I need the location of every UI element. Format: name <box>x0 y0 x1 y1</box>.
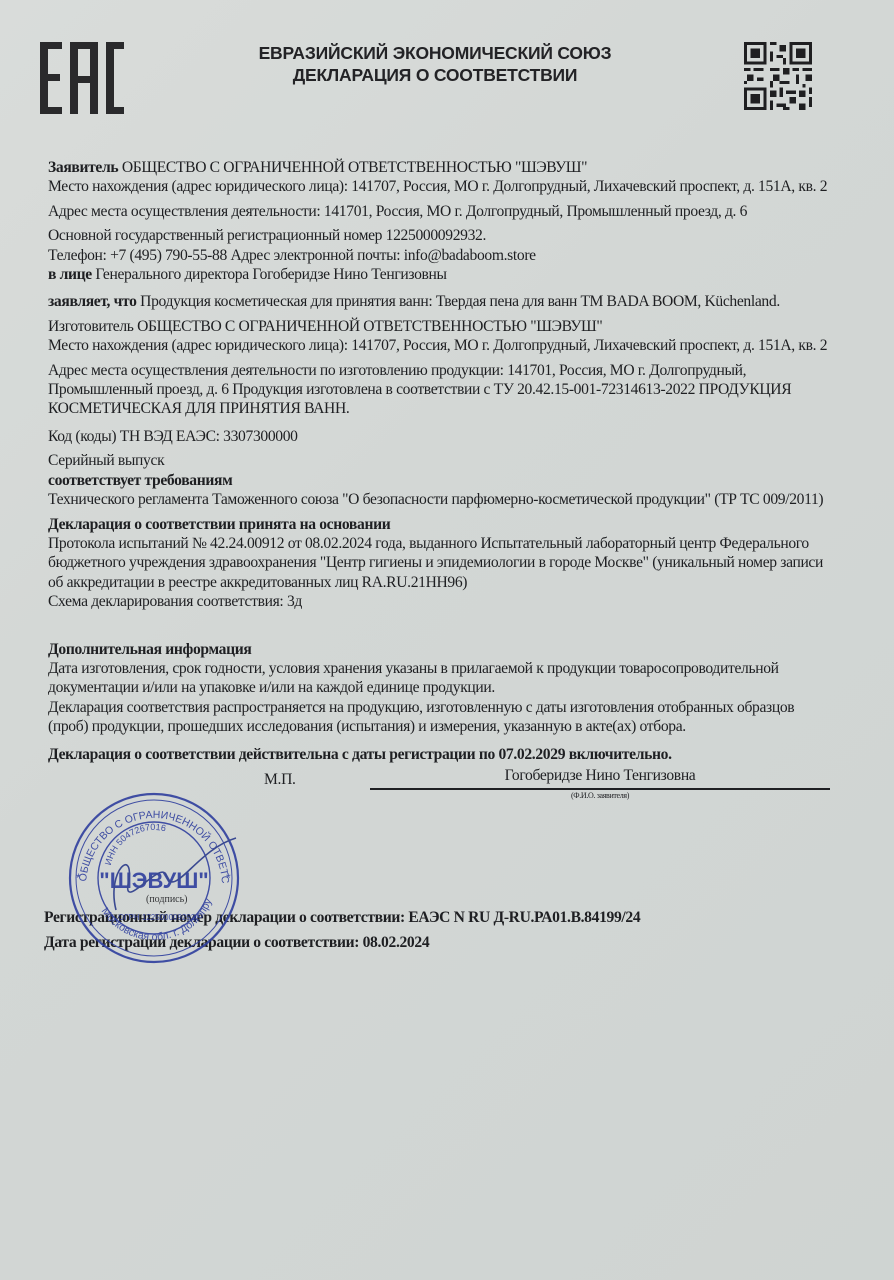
header-title-union: ЕВРАЗИЙСКИЙ ЭКОНОМИЧЕСКИЙ СОЮЗ <box>200 42 670 64</box>
declaration-body: Заявитель ОБЩЕСТВО С ОГРАНИЧЕННОЙ ОТВЕТС… <box>48 158 833 798</box>
applicant-activity-address: Адрес места осуществления деятельности: … <box>48 202 833 221</box>
manufacturer-legal-address: Место нахождения (адрес юридического лиц… <box>48 336 833 355</box>
declares-label: заявляет, что <box>48 293 137 310</box>
tn-ved-code: Код (коды) ТН ВЭД ЕАЭС: 3307300000 <box>48 427 833 446</box>
document-header: ЕВРАЗИЙСКИЙ ЭКОНОМИЧЕСКИЙ СОЮЗ ДЕКЛАРАЦИ… <box>200 42 670 86</box>
declaration-scheme: Схема декларирования соответствия: 3д <box>48 592 833 611</box>
company-stamp-icon: ОБЩЕСТВО С ОГРАНИЧЕННОЙ ОТВЕТСТВЕННОСТЬЮ… <box>66 790 242 966</box>
applicant-representative: в лице Генерального директора Гогоберидз… <box>48 265 833 284</box>
signature-line <box>370 788 830 790</box>
validity-statement: Декларация о соответствии действительна … <box>48 745 833 764</box>
eac-logo-icon <box>40 42 124 114</box>
manufacturer-name: Изготовитель ОБЩЕСТВО С ОГРАНИЧЕННОЙ ОТВ… <box>48 317 833 336</box>
seal-place-label: М.П. <box>264 770 296 789</box>
signer-caption: (Ф.И.О. заявителя) <box>370 791 830 801</box>
signer-name: Гогоберидзе Нино Тенгизовна <box>370 766 830 785</box>
basis-label: Декларация о соответствии принята на осн… <box>48 515 833 534</box>
release-type: Серийный выпуск <box>48 451 833 470</box>
compliance-regulation: Технического регламента Таможенного союз… <box>48 490 833 509</box>
header-title-declaration: ДЕКЛАРАЦИЯ О СООТВЕТСТВИИ <box>200 64 670 86</box>
applicant-name: ОБЩЕСТВО С ОГРАНИЧЕННОЙ ОТВЕТСТВЕННОСТЬЮ… <box>118 159 587 176</box>
declares-line: заявляет, что Продукция косметическая дл… <box>48 292 833 311</box>
represented-label: в лице <box>48 266 92 283</box>
additional-info-label: Дополнительная информация <box>48 640 833 659</box>
manufacturer-production-address: Адрес места осуществления деятельности п… <box>48 361 833 419</box>
sign-caption: (подпись) <box>146 894 188 905</box>
applicant-ogrn: Основной государственный регистрационный… <box>48 226 833 245</box>
svg-text:*: * <box>76 871 81 885</box>
basis-text: Протокола испытаний № 42.24.00912 от 08.… <box>48 534 833 592</box>
applicant-label: Заявитель <box>48 159 118 176</box>
qr-code-icon[interactable] <box>744 42 812 110</box>
svg-text:*: * <box>226 871 231 885</box>
additional-info-text-1: Дата изготовления, срок годности, услови… <box>48 659 833 698</box>
applicant-legal-address: Место нахождения (адрес юридического лиц… <box>48 177 833 196</box>
compliance-label: соответствует требованиям <box>48 471 833 490</box>
represented-by: Генерального директора Гогоберидзе Нино … <box>92 266 447 283</box>
applicant-contacts: Телефон: +7 (495) 790-55-88 Адрес электр… <box>48 246 833 265</box>
additional-info-text-2: Декларация соответствия распространяется… <box>48 698 833 737</box>
stamp-ogrn: ОГРН 1225000092932 <box>118 913 200 922</box>
declares-product: Продукция косметическая для принятия ван… <box>137 293 780 310</box>
applicant-line: Заявитель ОБЩЕСТВО С ОГРАНИЧЕННОЙ ОТВЕТС… <box>48 158 833 177</box>
